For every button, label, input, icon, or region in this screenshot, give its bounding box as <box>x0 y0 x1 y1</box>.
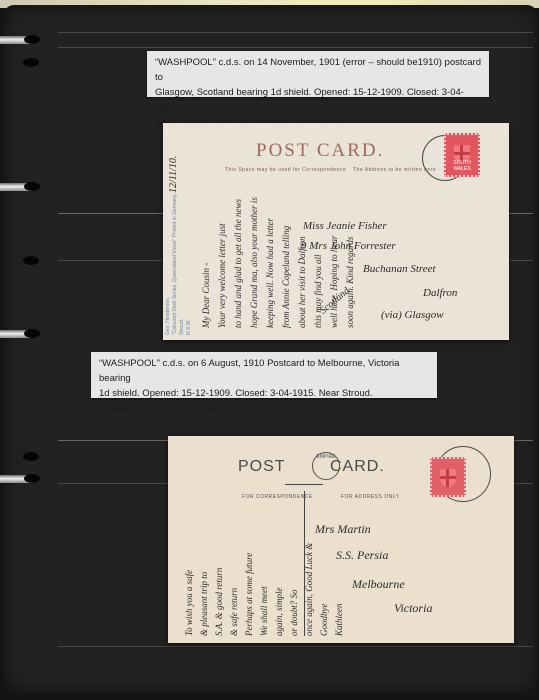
punch-hole <box>23 58 39 67</box>
address-line: Miss Jeanie Fisher <box>303 220 387 232</box>
caption-line: Postcard: Dungog from Carlton Hill. <box>99 401 429 416</box>
mount-strip-line <box>58 646 533 647</box>
caption-line: Glasgow, Scotland bearing 1d shield. Ope… <box>155 85 481 115</box>
caption-line: “WASHPOOL” c.d.s. on 14 November, 1901 (… <box>155 55 481 85</box>
stamp-label: SOUTH WALES <box>448 160 476 172</box>
address-line: Buchanan Street <box>363 263 436 275</box>
caption-card-1: “WASHPOOL” c.d.s. on 14 November, 1901 (… <box>147 51 489 97</box>
address-note: FOR ADDRESS ONLY <box>341 494 399 500</box>
postcard-melbourne: POST EMPIRE CARD. FOR CORRESPONDENCE FOR… <box>168 436 514 643</box>
punch-hole <box>24 182 40 191</box>
handwritten-date: 12/11/10. <box>168 156 179 193</box>
address-line: 9 Mrs John Forrester <box>301 240 396 252</box>
punch-hole <box>24 35 40 44</box>
address-line: (via) Glasgow <box>381 309 444 321</box>
publisher-imprint: Geo. Henderson, “Coloured Shell Series, … <box>165 193 193 335</box>
address-line: Victoria <box>394 601 432 616</box>
seal-underline <box>285 484 323 485</box>
caption-line: 1d shield. Opened: 15-12-1909. Closed: 3… <box>99 386 429 401</box>
caption-line: “WASHPOOL” c.d.s. on 6 August, 1910 Post… <box>99 356 429 386</box>
caption-card-2: “WASHPOOL” c.d.s. on 6 August, 1910 Post… <box>91 352 437 398</box>
mount-strip-line <box>58 32 533 33</box>
punch-hole <box>23 452 39 461</box>
address-line: Mrs Martin <box>315 522 371 537</box>
punch-hole <box>23 256 39 265</box>
postcard-title: POST CARD. <box>256 140 384 162</box>
punch-hole <box>24 329 40 338</box>
postcard-title-post: POST <box>238 458 286 476</box>
punch-hole <box>24 474 40 483</box>
postcard-glasgow: POST CARD. This Space may be used for Co… <box>163 123 509 340</box>
address-line: Dalfron <box>423 287 457 299</box>
postcard-title-card: CARD. <box>330 458 385 476</box>
mount-strip-line <box>58 47 533 48</box>
stamp-1d-shield: SOUTH WALES <box>444 133 480 177</box>
handwritten-message: To wish you a safe & pleasant trip to S.… <box>182 543 347 636</box>
correspondence-note: FOR CORRESPONDENCE <box>242 494 313 500</box>
address-line: Melbourne <box>352 577 405 592</box>
address-line: S.S. Persia <box>336 548 388 563</box>
correspondence-note: This Space may be used for Correspondenc… <box>225 167 346 173</box>
stamp-1d-shield <box>430 457 466 497</box>
